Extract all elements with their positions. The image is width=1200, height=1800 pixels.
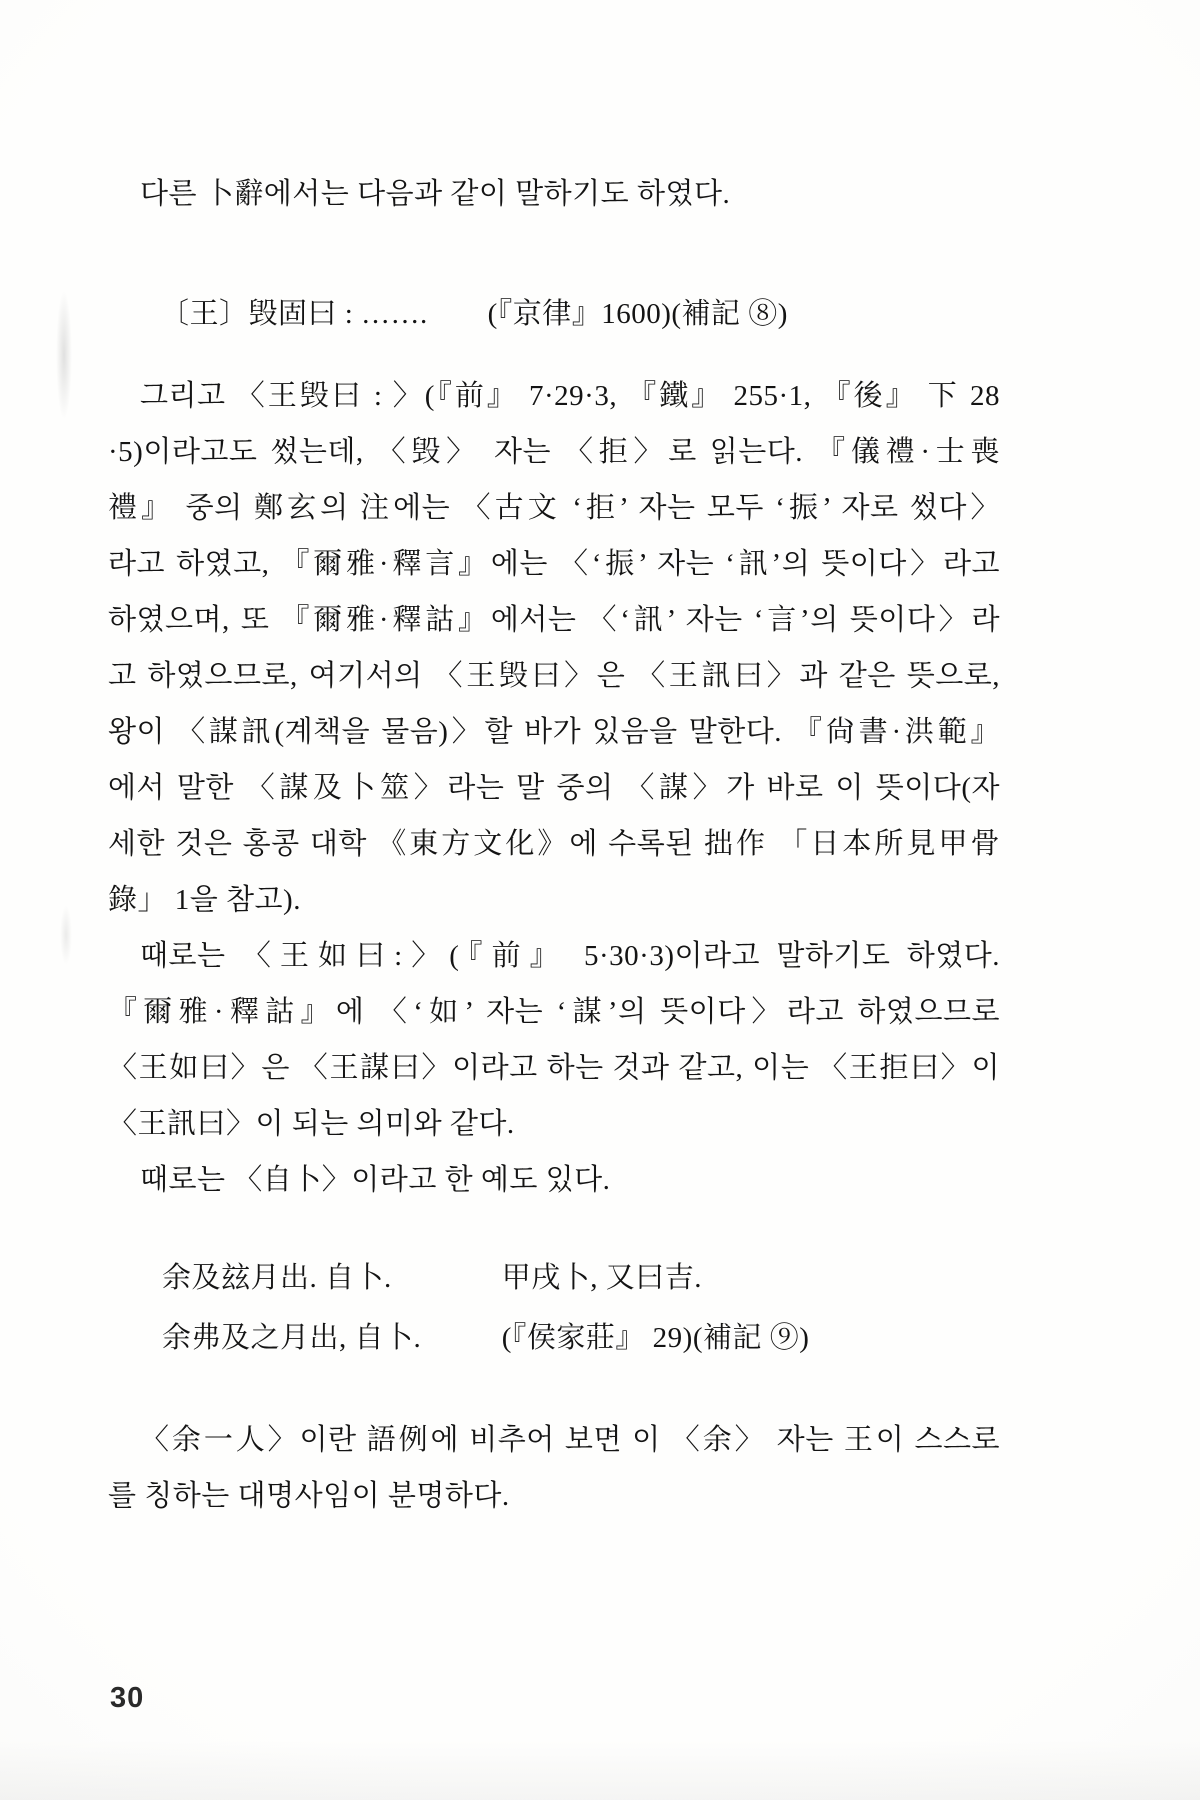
body-line: ·5)이라고도 썼는데, 〈毁〉 자는 〈拒〉로 읽는다. 『儀禮·士喪 (108, 424, 1000, 480)
oracle-text-right: 甲戌卜, 又曰吉. (502, 1262, 702, 1294)
oracle-quote-2: 余及玆月出. 自卜. 甲戌卜, 又曰吉. 余弗及之月出, 自卜. (『侯家莊』 … (108, 1248, 1000, 1368)
oracle-quote-2-row: 余及玆月出. 自卜. 甲戌卜, 又曰吉. (108, 1248, 1000, 1308)
scan-artifact (60, 905, 72, 965)
paragraph-wang-hui-yue: 그리고 〈王毁曰 : 〉(『前』 7·29·3, 『鐵』 255·1, 『後』 … (108, 368, 1000, 928)
page-number: 30 (110, 1682, 144, 1715)
body-line: 라고 하였고, 『爾雅·釋言』에는 〈‘振’ 자는 ‘訊’의 뜻이다〉라고 (108, 536, 1000, 592)
body-line: 禮』 중의 鄭玄의 注에는 〈古文 ‘拒’ 자는 모두 ‘振’ 자로 썼다〉 (108, 480, 1000, 536)
body-line: 〈王如曰〉은 〈王謀曰〉이라고 하는 것과 같고, 이는 〈王拒曰〉이 (108, 1040, 1000, 1096)
body-line: 그리고 〈王毁曰 : 〉(『前』 7·29·3, 『鐵』 255·1, 『後』 … (108, 368, 1000, 424)
body-line: 錄」 1을 참고). (108, 872, 1000, 928)
scanned-book-page: 다른 卜辭에서는 다음과 같이 말하기도 하였다. 〔王〕毁固曰 : ……. (… (0, 0, 1200, 1800)
body-line: 에서 말한 〈謀及卜筮〉라는 말 중의 〈謀〉가 바로 이 뜻이다(자 (108, 760, 1000, 816)
body-line: 〈王訊曰〉이 되는 의미와 같다. (108, 1096, 1000, 1152)
intro-line: 다른 卜辭에서는 다음과 같이 말하기도 하였다. (108, 166, 1000, 222)
body-line: 『爾雅·釋詁』에 〈‘如’ 자는 ‘謀’의 뜻이다〉라고 하였으므로 (108, 984, 1000, 1040)
body-line: 때로는 〈王如曰:〉(『前』 5·30·3)이라고 말하기도 하였다. (108, 928, 1000, 984)
body-line: 〈余一人〉이란 語例에 비추어 보면 이 〈余〉 자는 王이 스스로 (108, 1412, 1000, 1468)
body-line: 세한 것은 홍콩 대학 《東方文化》에 수록된 拙作 「日本所見甲骨 (108, 816, 1000, 872)
oracle-text-left: 余及玆月出. 自卜. (162, 1248, 494, 1308)
oracle-text-left: 余弗及之月出, 自卜. (162, 1308, 494, 1368)
oracle-quote-1: 〔王〕毁固曰 : ……. (『京律』1600)(補記 ⑧) (108, 286, 1000, 342)
oracle-quote-2-reference: (『侯家莊』 29)(補記 ⑨) (502, 1322, 810, 1354)
body-line: 고 하였으므로, 여기서의 〈王毁曰〉은 〈王訊曰〉과 같은 뜻으로, (108, 648, 1000, 704)
body-line: 를 칭하는 대명사임이 분명하다. (108, 1468, 1000, 1524)
paragraph-yeo-pronoun: 〈余一人〉이란 語例에 비추어 보면 이 〈余〉 자는 王이 스스로 를 칭하는… (108, 1412, 1000, 1524)
oracle-quote-1-text: 〔王〕毁固曰 : ……. (160, 298, 428, 330)
body-line: 하였으며, 또 『爾雅·釋詁』에서는 〈‘訊’ 자는 ‘言’의 뜻이다〉라 (108, 592, 1000, 648)
body-line: 왕이 〈謀訊(계책을 물음)〉할 바가 있음을 말한다. 『尙書·洪範』 (108, 704, 1000, 760)
text-block: 다른 卜辭에서는 다음과 같이 말하기도 하였다. 〔王〕毁固曰 : ……. (… (108, 166, 1000, 1524)
paragraph-zibok-intro: 때로는 〈自卜〉이라고 한 예도 있다. (108, 1152, 1000, 1208)
oracle-quote-1-reference: (『京律』1600)(補記 ⑧) (488, 298, 788, 330)
scan-artifact (56, 290, 72, 420)
scan-artifact (0, 1740, 1200, 1800)
oracle-quote-2-row: 余弗及之月出, 自卜. (『侯家莊』 29)(補記 ⑨) (108, 1308, 1000, 1368)
paragraph-wang-ru-yue: 때로는 〈王如曰:〉(『前』 5·30·3)이라고 말하기도 하였다. 『爾雅·… (108, 928, 1000, 1152)
